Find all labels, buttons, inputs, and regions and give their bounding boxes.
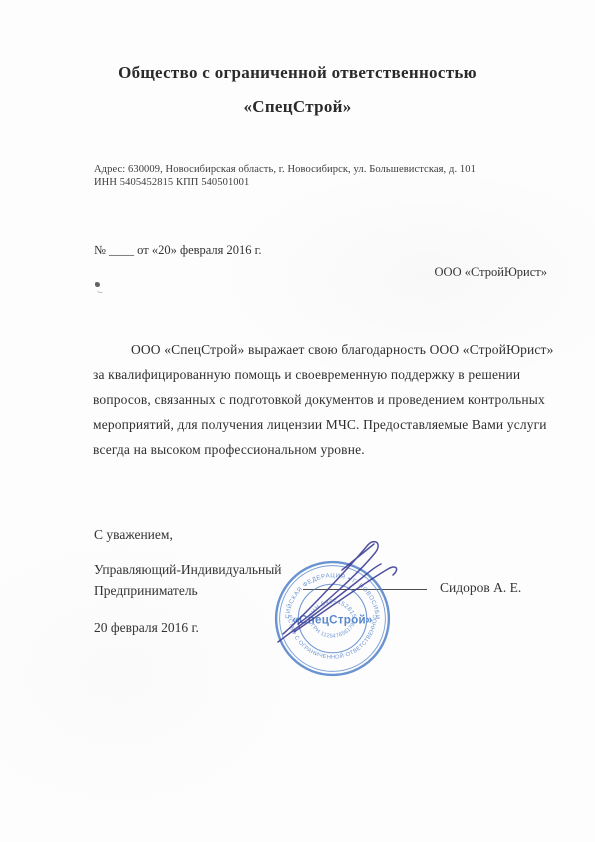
letter-body: ООО «СпецСтрой» выражает свою благодарно… [93, 337, 553, 462]
title-line-1: Общество с ограниченной ответственностью [0, 56, 595, 90]
ink-tail [97, 288, 104, 293]
title-line-2: «СпецСтрой» [0, 90, 595, 124]
signature-stroke-3 [294, 567, 397, 632]
body-text-line: мероприятий, для получения лицензии МЧС.… [93, 412, 553, 437]
salutation: С уважением, [94, 527, 173, 543]
body-text-line: всегда на высоком профессиональном уровн… [93, 437, 553, 462]
signature-stroke-loop [283, 542, 378, 634]
handwritten-signature [250, 520, 470, 670]
company-address-block: Адрес: 630009, Новосибирская область, г.… [94, 163, 476, 189]
signature-stroke-4 [342, 544, 374, 570]
reference-number-line: № ____ от «20» февраля 2016 г. [94, 243, 262, 258]
signature-stroke-2 [278, 564, 381, 642]
ink-dot [95, 282, 100, 287]
body-text-line: ООО «СпецСтрой» выражает свою благодарно… [93, 337, 553, 362]
ink-smudge [95, 282, 102, 290]
company-inn-kpp: ИНН 5405452815 КПП 540501001 [94, 176, 476, 189]
letter-date: 20 февраля 2016 г. [94, 620, 199, 636]
company-address: Адрес: 630009, Новосибирская область, г.… [94, 163, 476, 176]
body-text-line: вопросов, связанных с подготовкой докуме… [93, 387, 553, 412]
recipient-name: ООО «СтройЮрист» [435, 265, 547, 280]
document-title: Общество с ограниченной ответственностью… [0, 56, 595, 124]
letter-page: Общество с ограниченной ответственностью… [0, 0, 595, 842]
body-text-line: за квалифицированную помощь и своевремен… [93, 362, 553, 387]
